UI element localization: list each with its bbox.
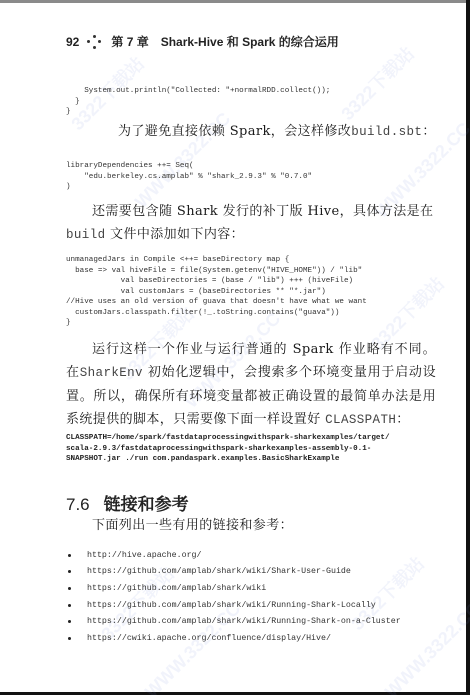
list-item: https://cwiki.apache.org/confluence/disp…	[66, 630, 401, 647]
code-line: CLASSPATH=/home/spark/fastdataprocessing…	[66, 433, 390, 444]
page-frame-top	[0, 0, 470, 3]
code-line: base => val hiveFile = file(System.geten…	[66, 266, 367, 277]
page-header: 92 第 7 章 Shark-Hive 和 Spark 的综合运用	[66, 33, 339, 50]
bullet-icon	[68, 637, 71, 640]
list-item: https://github.com/amplab/shark/wiki/Run…	[66, 613, 401, 630]
code-line: //Hive uses an old version of guava that…	[66, 297, 367, 308]
code-line: "edu.berkeley.cs.amplab" % "shark_2.9.3"…	[66, 172, 312, 183]
bullet-icon	[68, 587, 71, 590]
code-block-library-dependencies: libraryDependencies ++= Seq( "edu.berkel…	[66, 161, 312, 193]
code-line: System.out.println("Collected: "+normalR…	[66, 86, 330, 97]
code-line: unmanagedJars in Compile <++= baseDirect…	[66, 255, 367, 266]
code-block-unmanaged-jars: unmanagedJars in Compile <++= baseDirect…	[66, 255, 367, 329]
list-item: https://github.com/amplab/shark/wiki/Sha…	[66, 564, 401, 581]
paragraph-links-intro: 下面列出一些有用的链接和参考：	[66, 514, 436, 537]
section-number: 7.6	[66, 495, 90, 514]
code-line: )	[66, 182, 312, 193]
list-item: https://github.com/amplab/shark/wiki/Run…	[66, 597, 401, 614]
code-line: customJars.classpath.filter(!_.toString.…	[66, 308, 367, 319]
paragraph-patched-hive: 还需要包含随 Shark 发行的补丁版 Hive，具体方法是在build 文件中…	[66, 200, 436, 247]
code-line: val baseDirectories = (base / "lib") +++…	[66, 276, 367, 287]
section-heading-links-and-references: 7.6链接和参考	[66, 490, 189, 515]
reference-link[interactable]: https://github.com/amplab/shark/wiki	[87, 584, 266, 593]
chapter-title: 第 7 章 Shark-Hive 和 Spark 的综合运用	[111, 33, 338, 50]
reference-link[interactable]: https://github.com/amplab/shark/wiki/Sha…	[87, 567, 351, 576]
list-item: http://hive.apache.org/	[66, 547, 401, 564]
code-line: }	[66, 107, 330, 118]
reference-link[interactable]: http://hive.apache.org/	[87, 551, 202, 560]
code-line: }	[66, 318, 367, 329]
bullet-icon	[68, 554, 71, 557]
code-line: SNAPSHOT.jar ./run com.pandaspark.exampl…	[66, 454, 390, 465]
code-line: libraryDependencies ++= Seq(	[66, 161, 312, 172]
watermark: 3322下载站	[335, 41, 420, 126]
reference-link[interactable]: https://github.com/amplab/shark/wiki/Run…	[87, 601, 376, 610]
code-line: }	[66, 97, 330, 108]
bullet-icon	[68, 604, 71, 607]
diamond-dots-ornament-icon	[87, 35, 101, 49]
bullet-icon	[68, 570, 71, 573]
reference-links-list: http://hive.apache.org/ https://github.c…	[66, 547, 401, 647]
reference-link[interactable]: https://github.com/amplab/shark/wiki/Run…	[87, 617, 401, 626]
page-frame-right-edge	[466, 0, 470, 695]
list-item: https://github.com/amplab/shark/wiki	[66, 580, 401, 597]
code-line: val customJars = (baseDirectories ** "*.…	[66, 287, 367, 298]
section-title: 链接和参考	[104, 495, 189, 514]
code-block-classpath-command: CLASSPATH=/home/spark/fastdataprocessing…	[66, 433, 390, 465]
paragraph-avoid-spark-dependency: 为了避免直接依赖 Spark，会这样修改 build.sbt：	[66, 120, 436, 144]
page-number: 92	[66, 35, 79, 49]
bullet-icon	[68, 620, 71, 623]
code-line: scala-2.9.3/fastdataprocessingwithspark-…	[66, 444, 390, 455]
paragraph-sharkenv-classpath: 运行这样一个作业与运行普通的 Spark 作业略有不同。在SharkEnv 初始…	[66, 338, 436, 432]
reference-link[interactable]: https://cwiki.apache.org/confluence/disp…	[87, 634, 331, 643]
code-block-println: System.out.println("Collected: "+normalR…	[66, 86, 330, 118]
